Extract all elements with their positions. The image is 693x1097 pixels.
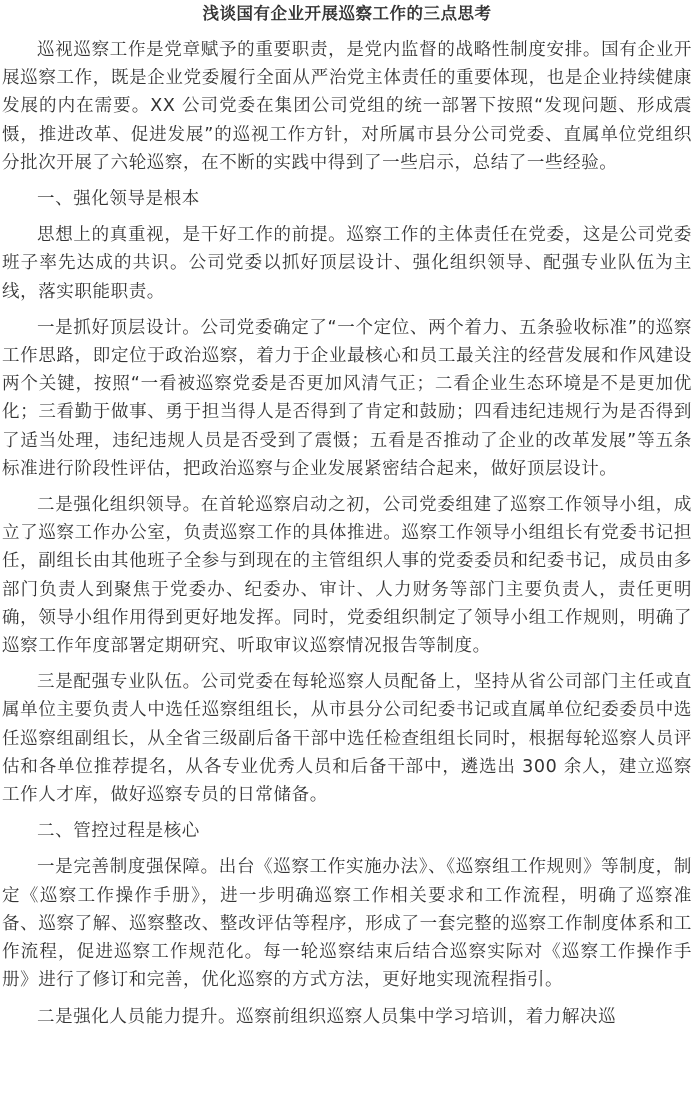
document: 浅谈国有企业开展巡察工作的三点思考 巡视巡察工作是党章赋予的重要职责，是党内监督…: [0, 0, 693, 1031]
body-paragraph: 三是配强专业队伍。公司党委在每轮巡察人员配备上，坚持从省公司部门主任或直属单位主…: [2, 668, 692, 809]
section-heading-1: 一、强化领导是根本: [2, 185, 692, 213]
body-paragraph: 一是完善制度强保障。出台《巡察工作实施办法》、《巡察组工作规则》等制度，制定《巡…: [2, 853, 692, 994]
body-paragraph: 二是强化人员能力提升。巡察前组织巡察人员集中学习培训，着力解决巡: [2, 1003, 692, 1031]
document-title: 浅谈国有企业开展巡察工作的三点思考: [2, 0, 692, 28]
body-paragraph: 一是抓好顶层设计。公司党委确定了“一个定位、两个着力、五条验收标准”的巡察工作思…: [2, 314, 692, 483]
body-paragraph: 二是强化组织领导。在首轮巡察启动之初，公司党委组建了巡察工作领导小组，成立了巡察…: [2, 491, 692, 660]
intro-paragraph: 巡视巡察工作是党章赋予的重要职责，是党内监督的战略性制度安排。国有企业开展巡察工…: [2, 36, 692, 177]
body-paragraph: 思想上的真重视，是干好工作的前提。巡察工作的主体责任在党委，这是公司党委班子率先…: [2, 221, 692, 306]
section-heading-2: 二、管控过程是核心: [2, 817, 692, 845]
